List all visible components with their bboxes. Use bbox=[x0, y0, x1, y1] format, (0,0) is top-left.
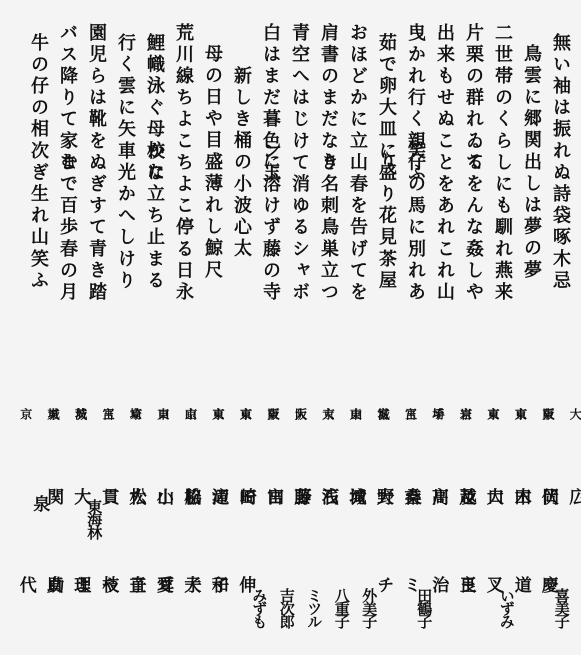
haiku: 園児らは靴をぬぎすて青き踏む bbox=[82, 13, 111, 313]
attribution-columns: 大阪広岡喜美子東京伏木慶道東京田口いずみ東京大越叉王岩手及川良治埼玉高桑田鶴子宮… bbox=[0, 408, 581, 638]
haiku: 鳥雲に郷関出しは夢の夢 bbox=[517, 13, 546, 313]
haiku: 二世帯のくらしにも馴れ燕来る bbox=[488, 13, 517, 313]
author-name: 広岡喜美子 bbox=[534, 488, 581, 638]
haiku: 荒川線ちよこちよこ停る日永かな bbox=[169, 13, 198, 313]
haiku: 母の日や目盛薄れし鯨尺 bbox=[198, 13, 227, 313]
author-given-name: 喜美子 bbox=[548, 576, 575, 638]
haiku: おほどかに立山春を告げてをり bbox=[343, 13, 372, 313]
haiku: 青空へはじけて消ゆるシャボン玉 bbox=[285, 13, 314, 313]
author-surname: 広岡 bbox=[534, 488, 581, 550]
haiku: 行く雲に矢車光かへしけり bbox=[111, 13, 140, 313]
haiku: 無い袖は振れぬ詩袋啄木忌 bbox=[546, 13, 575, 313]
haiku: 牛の仔の相次ぎ生れ山笑ふ bbox=[24, 13, 53, 313]
attribution: 大阪広岡喜美子 bbox=[548, 408, 576, 638]
haiku: 出来もせぬことをあれこれ山笑ふ bbox=[430, 13, 459, 313]
prefecture: 大阪 bbox=[534, 408, 581, 460]
haiku: 新しき桶の小波心太 bbox=[227, 13, 256, 313]
haiku-columns: 無い袖は振れぬ詩袋啄木忌 鳥雲に郷関出しは夢の夢 二世帯のくらしにも馴れ燕来る … bbox=[0, 13, 581, 313]
